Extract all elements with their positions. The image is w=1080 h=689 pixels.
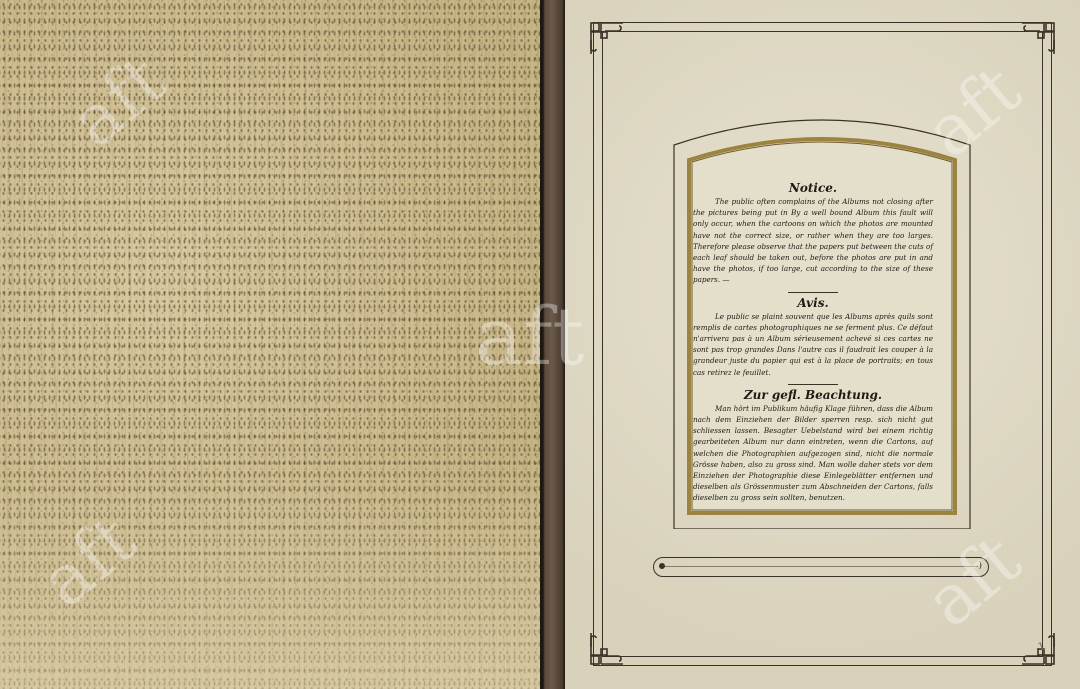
section-title-german: Zur gefl. Beachtung. [693,387,933,403]
section-body-french: Le public se plaint souvent que les Albu… [693,311,933,378]
ornament-corner-icon [587,18,623,54]
ornament-corner-icon [587,633,623,669]
divider [788,292,838,293]
ornament-corner-icon [1022,18,1058,54]
divider [788,384,838,385]
section-body-german: Man hört im Publikum häufig Klage führen… [693,403,933,504]
section-title-french: Avis. [693,295,933,311]
album-left-cover: aft aft [0,0,540,689]
section-body-english: The public often complains of the Albums… [693,196,933,286]
caption-bar-hook-icon: ) [978,562,982,571]
notice-text-block: Notice. The public often complains of th… [693,180,933,508]
cover-worn-area [0,469,540,689]
album-spine [540,0,565,689]
caption-bar-line [664,566,978,567]
caption-bar-dot-icon [659,563,665,569]
caption-bar: ) [653,557,989,577]
section-title-english: Notice. [693,180,933,196]
album-right-page: Notice. The public often complains of th… [565,0,1080,689]
